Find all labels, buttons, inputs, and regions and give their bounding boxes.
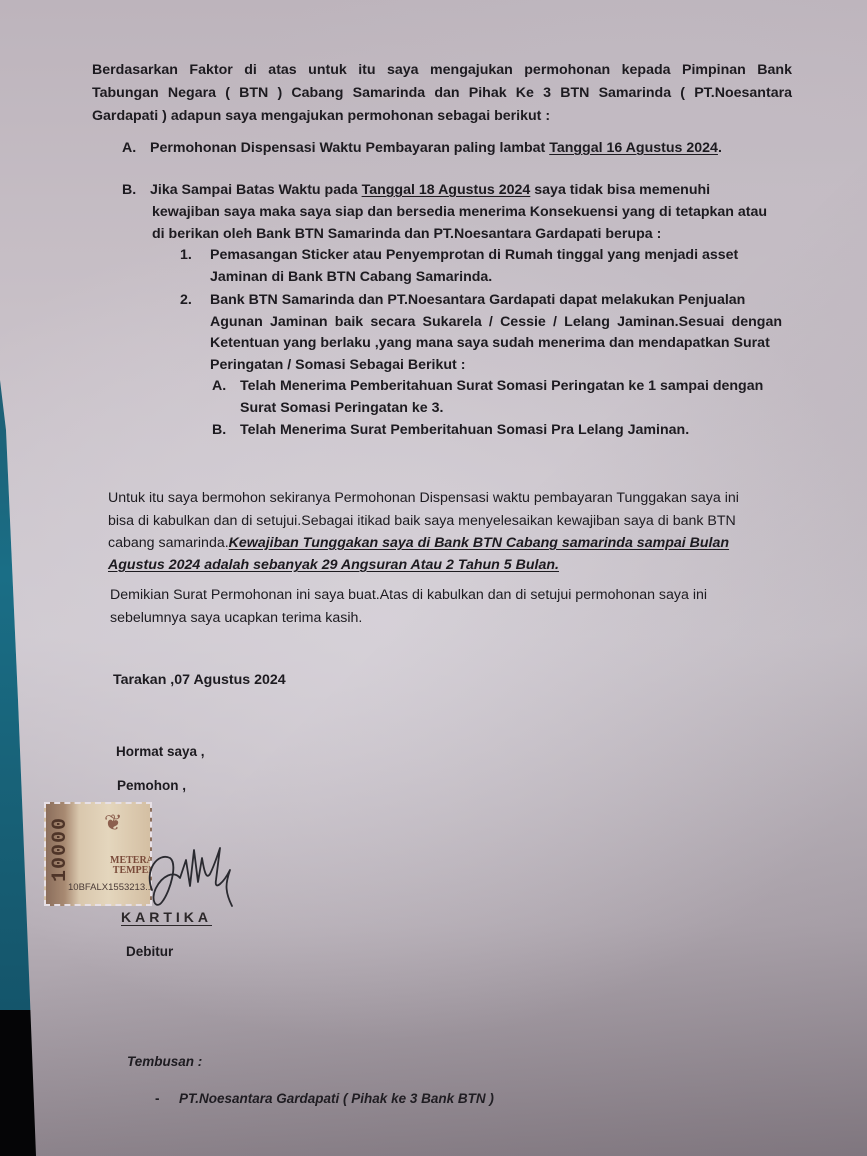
signer-role: Debitur bbox=[126, 941, 173, 962]
place-date: Tarakan ,07 Agustus 2024 bbox=[113, 670, 286, 691]
cc-label: Tembusan : bbox=[127, 1051, 202, 1072]
point-b-line-3: di berikan oleh Bank BTN Samarinda dan P… bbox=[152, 224, 661, 245]
subitem-b-label: B. bbox=[212, 420, 240, 441]
closing-line-1: Untuk itu saya bermohon sekiranya Permoh… bbox=[108, 488, 739, 509]
stamp-serial: 10BFALX1553213.. bbox=[68, 882, 150, 893]
cc-item-text: PT.Noesantara Gardapati ( Pihak ke 3 Ban… bbox=[179, 1091, 494, 1106]
signer-name: KARTIKA bbox=[121, 909, 212, 925]
item-1-line-2: Jaminan di Bank BTN Cabang Samarinda. bbox=[210, 267, 492, 288]
point-b-prefix: Jika Sampai Batas Waktu pada bbox=[150, 182, 362, 198]
item-2-number: 2. bbox=[180, 290, 210, 311]
item-1-number: 1. bbox=[180, 245, 210, 266]
point-b-label: B. bbox=[122, 180, 150, 201]
point-b-date: Tanggal 18 Agustus 2024 bbox=[362, 182, 531, 198]
item-2: 2.Bank BTN Samarinda dan PT.Noesantara G… bbox=[180, 290, 745, 311]
closing-line-2: bisa di kabulkan dan di setujui.Sebagai … bbox=[108, 511, 736, 532]
thanks-line-1: Demikian Surat Permohonan ini saya buat.… bbox=[110, 585, 707, 606]
regards: Hormat saya , bbox=[116, 741, 205, 762]
letter-page: Berdasarkan Faktor di atas untuk itu say… bbox=[0, 0, 867, 1156]
subitem-b: B.Telah Menerima Surat Pemberitahuan Som… bbox=[212, 420, 689, 441]
closing-line-3-prefix: cabang samarinda. bbox=[108, 535, 229, 551]
stamp-value: 10000 bbox=[49, 817, 72, 882]
intro-line-3: Gardapati ) adapun saya mengajukan permo… bbox=[92, 106, 550, 127]
item-1-line-1: Pemasangan Sticker atau Penyemprotan di … bbox=[210, 247, 738, 263]
subitem-a: A.Telah Menerima Pemberitahuan Surat Som… bbox=[212, 376, 763, 397]
signature-icon bbox=[140, 830, 240, 920]
point-a-suffix: . bbox=[718, 140, 722, 156]
point-b-line-2: kewajiban saya maka saya siap dan bersed… bbox=[152, 202, 767, 223]
item-2-line-4: Peringatan / Somasi Sebagai Berikut : bbox=[210, 355, 465, 376]
point-a-date: Tanggal 16 Agustus 2024 bbox=[549, 140, 718, 156]
garuda-emblem-icon: ❦ bbox=[104, 810, 122, 836]
subitem-a-label: A. bbox=[212, 376, 240, 397]
obligation-statement-cont: Agustus 2024 adalah sebanyak 29 Angsuran… bbox=[108, 555, 559, 576]
revenue-stamp: 10000 ❦ METERAI TEMPEL 10BFALX1553213.. bbox=[44, 802, 152, 906]
item-2-line-3: Ketentuan yang berlaku ,yang mana saya s… bbox=[210, 333, 770, 354]
point-b-suffix: saya tidak bisa memenuhi bbox=[530, 182, 710, 198]
item-2-line-1: Bank BTN Samarinda dan PT.Noesantara Gar… bbox=[210, 292, 745, 308]
cc-bullet: - bbox=[155, 1088, 179, 1109]
subitem-b-line-1: Telah Menerima Surat Pemberitahuan Somas… bbox=[240, 422, 689, 438]
intro-line-2: Tabungan Negara ( BTN ) Cabang Samarinda… bbox=[92, 83, 792, 104]
obligation-statement: Kewajiban Tunggakan saya di Bank BTN Cab… bbox=[229, 535, 729, 551]
lighting-shade bbox=[0, 0, 867, 1156]
point-a-text: Permohonan Dispensasi Waktu Pembayaran p… bbox=[150, 140, 549, 156]
intro-line-1: Berdasarkan Faktor di atas untuk itu say… bbox=[92, 60, 792, 81]
thanks-line-2: sebelumnya saya ucapkan terima kasih. bbox=[110, 608, 362, 629]
item-2-line-2: Agunan Jaminan baik secara Sukarela / Ce… bbox=[210, 312, 782, 333]
closing-line-3: cabang samarinda.Kewajiban Tunggakan say… bbox=[108, 533, 729, 554]
cc-item: -PT.Noesantara Gardapati ( Pihak ke 3 Ba… bbox=[155, 1088, 494, 1109]
point-b-line-1: B.Jika Sampai Batas Waktu pada Tanggal 1… bbox=[122, 180, 710, 201]
point-a-label: A. bbox=[122, 138, 150, 159]
subitem-a-line-1: Telah Menerima Pemberitahuan Surat Somas… bbox=[240, 378, 763, 394]
subitem-a-line-2: Surat Somasi Peringatan ke 3. bbox=[240, 398, 443, 419]
item-1: 1.Pemasangan Sticker atau Penyemprotan d… bbox=[180, 245, 738, 266]
point-a: A.Permohonan Dispensasi Waktu Pembayaran… bbox=[122, 138, 722, 159]
applicant-label: Pemohon , bbox=[117, 775, 186, 796]
